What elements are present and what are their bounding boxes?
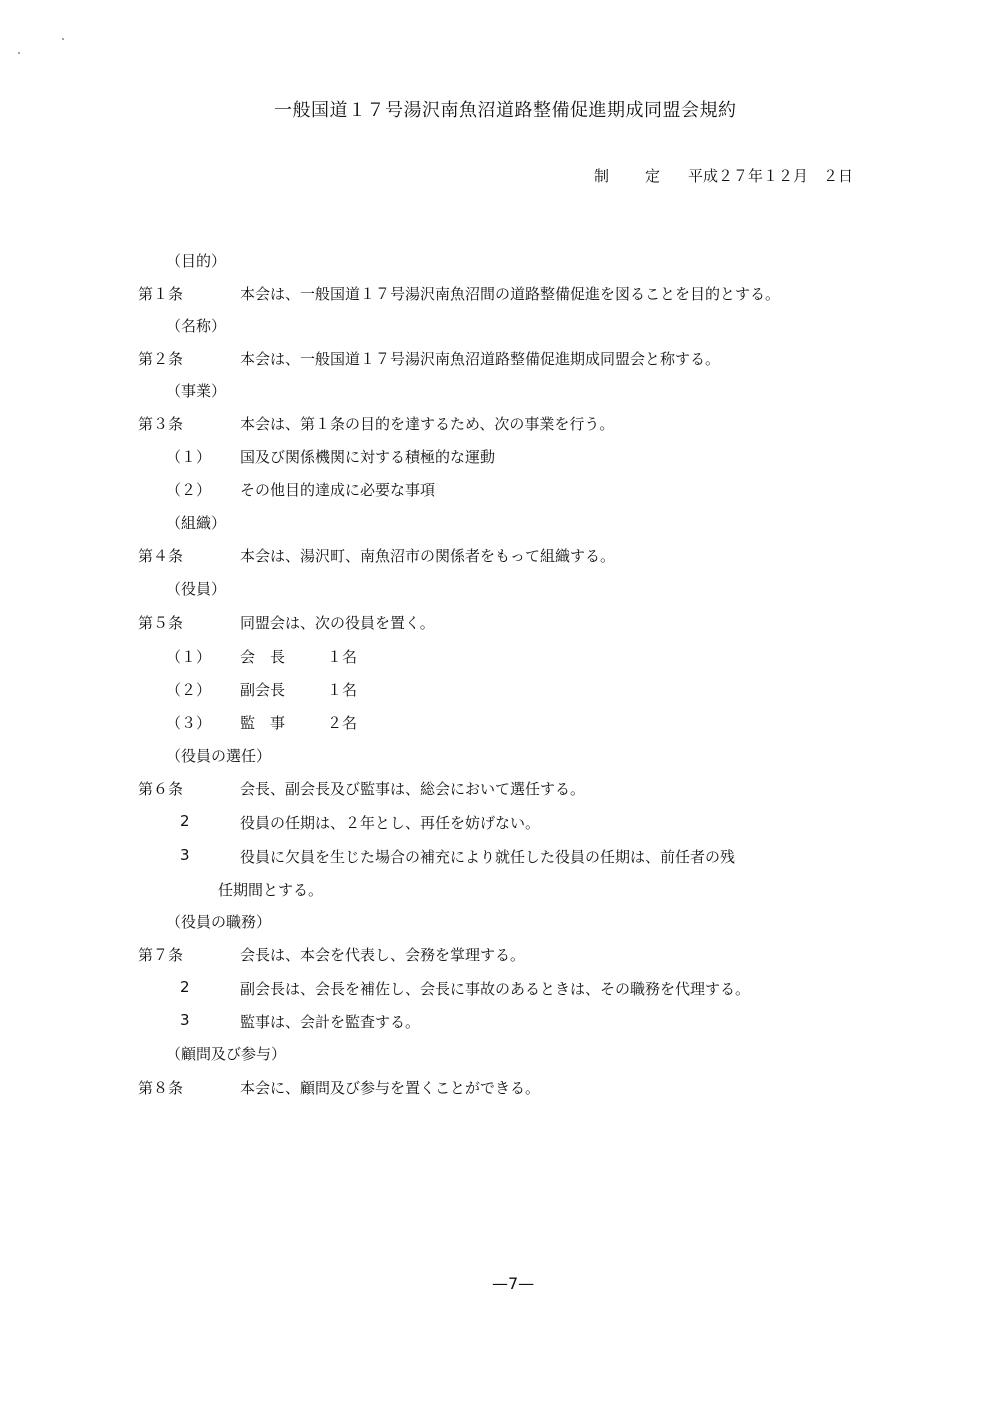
item-number: （２） (166, 679, 211, 700)
paragraph-text: 役員に欠員を生じた場合の補充により就任した役員の任期は、前任者の残 (240, 846, 735, 867)
article-number: 第７条 (138, 944, 183, 965)
item-number: （１） (166, 646, 211, 667)
article-text: 会長は、本会を代表し、会務を掌理する。 (240, 944, 525, 965)
scan-speck (18, 52, 20, 54)
article-text: 本会に、顧問及び参与を置くことができる。 (240, 1077, 540, 1098)
paragraph-text: 副会長は、会長を補佐し、会長に事故のあるときは、その職務を代理する。 (240, 978, 750, 999)
paragraph-text: 役員の任期は、２年とし、再任を妨げない。 (240, 812, 540, 833)
officer-count: ２名 (327, 712, 357, 733)
page-number: —7— (492, 1274, 534, 1293)
paragraph-continuation: 任期間とする。 (218, 879, 323, 900)
section-heading: （役員の選任） (166, 745, 271, 766)
paragraph-number: 2 (180, 978, 190, 996)
article-number: 第６条 (138, 778, 183, 799)
article-number: 第３条 (138, 413, 183, 434)
article-number: 第５条 (138, 612, 183, 633)
article-number: 第１条 (138, 283, 183, 304)
paragraph-text: 監事は、会計を監査する。 (240, 1011, 420, 1032)
document-title: 一般国道１７号湯沢南魚沼道路整備促進期成同盟会規約 (274, 96, 737, 122)
section-heading: （名称） (166, 315, 226, 336)
article-text: 同盟会は、次の役員を置く。 (240, 612, 435, 633)
section-heading: （役員） (166, 578, 226, 599)
officer-count: １名 (327, 646, 357, 667)
officer-role: 会 長 (240, 646, 285, 667)
section-heading: （目的） (166, 250, 226, 271)
item-number: （３） (166, 712, 211, 733)
article-number: 第８条 (138, 1077, 183, 1098)
officer-count: １名 (327, 679, 357, 700)
article-number: 第２条 (138, 348, 183, 369)
section-heading: （役員の職務） (166, 911, 271, 932)
article-number: 第４条 (138, 545, 183, 566)
item-number: （２） (166, 479, 211, 500)
item-number: （１） (166, 446, 211, 467)
enactment-label-1: 制 (594, 165, 609, 186)
article-text: 本会は、第１条の目的を達するため、次の事業を行う。 (240, 413, 614, 434)
paragraph-number: 2 (180, 812, 190, 830)
paragraph-number: 3 (180, 846, 190, 864)
article-text: 本会は、一般国道１７号湯沢南魚沼間の道路整備促進を図ることを目的とする。 (240, 283, 780, 304)
officer-role: 監 事 (240, 712, 285, 733)
officer-role: 副会長 (240, 679, 285, 700)
item-text: 国及び関係機関に対する積極的な運動 (240, 446, 495, 467)
enactment-label-2: 定 (645, 165, 660, 186)
section-heading: （顧問及び参与） (166, 1043, 286, 1064)
article-text: 会長、副会長及び監事は、総会において選任する。 (240, 778, 585, 799)
section-heading: （事業） (166, 380, 226, 401)
article-text: 本会は、一般国道１７号湯沢南魚沼道路整備促進期成同盟会と称する。 (240, 348, 720, 369)
enactment-date: 平成２７年１２月 ２日 (688, 165, 853, 186)
paragraph-number: 3 (180, 1011, 190, 1029)
item-text: その他目的達成に必要な事項 (240, 479, 435, 500)
article-text: 本会は、湯沢町、南魚沼市の関係者をもって組織する。 (240, 545, 615, 566)
section-heading: （組織） (166, 512, 226, 533)
scan-speck (62, 38, 64, 40)
